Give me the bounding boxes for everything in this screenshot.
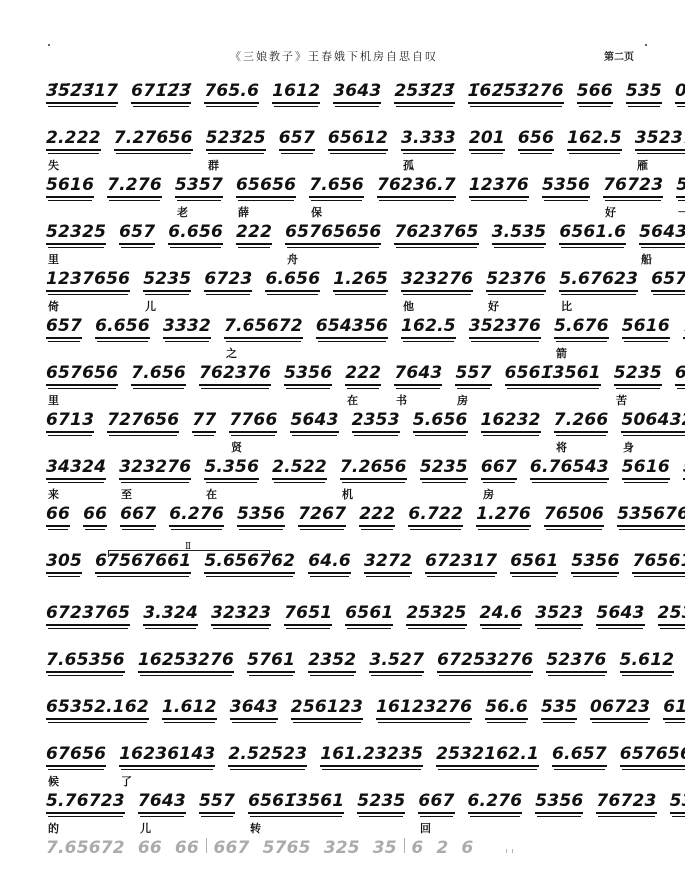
- jianpu-score: 3̇5̇2̇3̇17671̇2̇3̇765.616123643253̇2̇3̇1…: [46, 76, 646, 853]
- note-group: 5235: [420, 457, 468, 480]
- notes-line: 65352.1621.61236432561231612327656.65350…: [46, 692, 646, 720]
- note-group: 5616: [622, 457, 670, 480]
- note-group: 3.535: [492, 222, 547, 245]
- note-group: 6576567: [620, 744, 685, 767]
- note-group: 6561: [510, 551, 558, 574]
- note-group: 5.676: [554, 316, 609, 339]
- note-group: 557: [199, 791, 235, 814]
- note-group: 5.356: [204, 457, 259, 480]
- note-group: 16123276: [376, 697, 472, 720]
- note-group: 65765656: [285, 222, 381, 245]
- page-number: 第二页: [604, 48, 634, 63]
- score-row: 6713727656777766564323535.656162327.2665…: [46, 405, 646, 452]
- note-group: 7623765: [394, 222, 478, 245]
- score-row: 7.656726666667576532535626: [46, 833, 646, 853]
- score-row: 1237656523567236.6561.265323276523765.67…: [46, 264, 646, 311]
- note-group: 6.656: [95, 316, 150, 339]
- note-group: 667: [120, 504, 156, 527]
- note-group: 6.276: [169, 504, 224, 527]
- note-group: 352376: [469, 316, 541, 339]
- note-group: 1.276: [476, 504, 531, 527]
- notes-line: 67656162361432.52523161.232352532162.16.…: [46, 739, 646, 767]
- note-group: 5.656: [413, 410, 468, 433]
- note-group: 765616: [632, 551, 685, 574]
- notes-line: 5.7672376435576561̇356152356676.27653567…: [46, 786, 646, 814]
- note-group: 6713: [46, 410, 94, 433]
- note-group: 1̇62̇5̇3̇276: [468, 81, 564, 104]
- note-group: 7.65356: [46, 650, 125, 673]
- notes-line: 6576567.656762376535622276435576561̇3561…: [46, 358, 646, 386]
- note-group: 201: [469, 128, 505, 151]
- note-group: 222: [236, 222, 272, 245]
- note-group: 32323: [211, 603, 271, 626]
- note-group: 52376: [486, 269, 546, 292]
- notes-line: 1237656523567236.6561.265323276523765.67…: [46, 264, 646, 292]
- note-group: 253̇2̇3̇: [394, 81, 454, 104]
- note-group: 6: [411, 838, 423, 853]
- note-group: 12376: [469, 175, 529, 198]
- note-group: 16236143: [119, 744, 215, 767]
- note-group: 5616: [622, 316, 670, 339]
- note-group: 352376: [635, 128, 685, 151]
- note-group: 2.522: [272, 457, 327, 480]
- note-group: 7.656: [131, 363, 186, 386]
- note-group: 6723765: [46, 603, 130, 626]
- note-group: 3̇5̇2̇3̇17: [46, 81, 118, 104]
- note-group: 6: [461, 838, 473, 853]
- note-group: 611: [663, 697, 685, 720]
- scan-mark: [48, 44, 50, 46]
- note-group: 6.657: [552, 744, 607, 767]
- note-group: 6561.6: [559, 222, 626, 245]
- note-group: 535: [626, 81, 662, 104]
- note-group: 66: [83, 504, 107, 527]
- notes-line: 2.2227.27656523̇25657656123.333201656162…: [46, 123, 646, 151]
- note-group: 2.222: [46, 128, 101, 151]
- note-group: 06723: [590, 697, 650, 720]
- note-group: 24.6: [480, 603, 523, 626]
- note-group: 657: [46, 316, 82, 339]
- note-group: 5356: [284, 363, 332, 386]
- note-group: 222: [345, 363, 381, 386]
- score-row: 67656162361432.52523161.232352532162.16.…: [46, 739, 646, 786]
- note-group: 654356: [316, 316, 388, 339]
- note-group: 535: [541, 697, 577, 720]
- note-group: 557: [455, 363, 491, 386]
- note-group: 657656: [46, 363, 118, 386]
- score-row: 66666676.276535672672226.7221.2767650653…: [46, 499, 646, 546]
- notes-line: 7.6535616253276576123523.527672532765237…: [46, 645, 646, 673]
- note-group: 7.27656: [114, 128, 193, 151]
- note-group: 5356: [670, 791, 685, 814]
- score-row: 67237653.32432323765165612532524.6352356…: [46, 598, 646, 645]
- note-group: 5356: [535, 791, 583, 814]
- note-group: 65656: [236, 175, 296, 198]
- lyrics-line: [46, 580, 646, 596]
- score-row: 2.2227.27656523̇25657656123.333201656162…: [46, 123, 646, 170]
- note-group: 76236.7: [377, 175, 456, 198]
- note-group: 5643: [290, 410, 338, 433]
- note-group: 7.276: [107, 175, 162, 198]
- note-group: 667: [481, 457, 517, 480]
- note-group: 5235: [614, 363, 662, 386]
- note-group: 765.6: [204, 81, 259, 104]
- note-group: 2: [436, 838, 448, 853]
- note-group: 323276: [401, 269, 473, 292]
- bracket-label: Ⅱ: [185, 542, 191, 552]
- note-group: 5.612: [620, 650, 675, 673]
- note-group: 7643: [394, 363, 442, 386]
- note-group: 35: [373, 838, 397, 853]
- note-group: 5064323: [621, 410, 685, 433]
- score-title: 《三娘教子》王春娥下机房自思自叹: [230, 48, 438, 64]
- note-group: 656: [518, 128, 554, 151]
- note-group: 6.722: [408, 504, 463, 527]
- note-group: 2532162.1: [436, 744, 539, 767]
- score-row: 65352.1621.61236432561231612327656.65350…: [46, 692, 646, 739]
- note-group: 7766: [229, 410, 277, 433]
- note-group: 64.6: [308, 551, 351, 574]
- note-group: 5643: [596, 603, 644, 626]
- note-group: 3.333: [401, 128, 456, 151]
- note-group: 25325: [406, 603, 466, 626]
- note-group: 7651: [284, 603, 332, 626]
- note-group: 6.276: [468, 791, 523, 814]
- note-group: 6561̇3561: [248, 791, 344, 814]
- score-row: 3̇5̇2̇3̇17671̇2̇3̇765.616123643253̇2̇3̇1…: [46, 76, 646, 123]
- note-group: 7643: [138, 791, 186, 814]
- note-group: 7.266: [554, 410, 609, 433]
- note-group: 325: [324, 838, 360, 853]
- note-group: 161.23235: [320, 744, 423, 767]
- note-group: 1.612: [162, 697, 217, 720]
- score-row: 343243232765.3562.5227.265652356676.7654…: [46, 452, 646, 499]
- note-group: 667: [213, 838, 249, 853]
- note-group: 222: [359, 504, 395, 527]
- notes-line: 56167.2765357656567.65676236.71237653567…: [46, 170, 646, 198]
- note-group: 16253276: [138, 650, 234, 673]
- note-group: 5356: [237, 504, 285, 527]
- note-group: 76723: [596, 791, 656, 814]
- note-group: 657656: [651, 269, 685, 292]
- note-group: 657: [279, 128, 315, 151]
- notes-line: 3̇5̇2̇3̇17671̇2̇3̇765.616123643253̇2̇3̇1…: [46, 76, 646, 104]
- note-group: 3332: [163, 316, 211, 339]
- notes-line: 343243232765.3562.5227.265652356676.7654…: [46, 452, 646, 480]
- notes-line: 6713727656777766564323535.656162327.2665…: [46, 405, 646, 433]
- note-group: 77: [192, 410, 216, 433]
- note-group: 67253276: [437, 650, 533, 673]
- note-group: 5356: [542, 175, 590, 198]
- note-group: 1237656: [46, 269, 130, 292]
- note-group: 5.76723: [46, 791, 125, 814]
- score-row: 305675676615.65676264.632726723176561535…: [46, 546, 646, 598]
- note-group: 162.5: [567, 128, 622, 151]
- score-row: 5.7672376435576561̇356152356676.27653567…: [46, 786, 646, 833]
- note-group: 672317: [425, 551, 497, 574]
- score-row: 56167.2765357656567.65676236.71237653567…: [46, 170, 646, 217]
- note-group: 66: [138, 838, 162, 853]
- note-group: 5356: [571, 551, 619, 574]
- barline: [404, 838, 406, 853]
- note-group: 52376: [546, 650, 606, 673]
- final-barline: [506, 849, 513, 853]
- score-row: 6576567.656762376535622276435576561̇3561…: [46, 358, 646, 405]
- note-group: 256123: [291, 697, 363, 720]
- note-group: 7.2656: [340, 457, 407, 480]
- note-group: 3643: [230, 697, 278, 720]
- note-group: 3.324: [143, 603, 198, 626]
- note-group: 162.5: [401, 316, 456, 339]
- note-group: 7.65672: [46, 838, 125, 853]
- scan-mark: [645, 44, 647, 46]
- score-row: 7.6535616253276576123523.527672532765237…: [46, 645, 646, 692]
- note-group: 65352.162: [46, 697, 149, 720]
- note-group: 3.527: [369, 650, 424, 673]
- note-group: 16232: [481, 410, 541, 433]
- note-group: 5.67623: [559, 269, 638, 292]
- note-group: 76723: [603, 175, 663, 198]
- note-group: 06723: [675, 81, 685, 104]
- note-group: 6.656: [265, 269, 320, 292]
- notes-line: 6576.65633327.65672654356162.53523765.67…: [46, 311, 646, 339]
- notes-line: 66666676.276535672672226.7221.2767650653…: [46, 499, 646, 527]
- note-group: 7267: [298, 504, 346, 527]
- note-group: 2353: [352, 410, 400, 433]
- note-group: 5643: [639, 222, 685, 245]
- note-group: 5235: [357, 791, 405, 814]
- page-header: 《三娘教子》王春娥下机房自思自叹 第二页: [0, 48, 685, 64]
- note-group: 2352: [308, 650, 356, 673]
- note-group: 3643: [333, 81, 381, 104]
- note-group: 6561: [345, 603, 393, 626]
- note-group: 76506: [544, 504, 604, 527]
- note-group: 657: [119, 222, 155, 245]
- note-group: 5.6762: [676, 175, 685, 198]
- note-group: 305: [46, 551, 82, 574]
- note-group: 6.656: [168, 222, 223, 245]
- barline: [206, 838, 208, 853]
- note-group: 1612: [272, 81, 320, 104]
- note-group: 67656: [46, 744, 106, 767]
- score-row: 523256576.6562226576565676237653.5356561…: [46, 217, 646, 264]
- note-group: 56.6: [485, 697, 528, 720]
- note-group: 566: [577, 81, 613, 104]
- note-group: 667: [418, 791, 454, 814]
- notes-line: 523256576.6562226576565676237653.5356561…: [46, 217, 646, 245]
- note-group: 5235: [143, 269, 191, 292]
- note-group: 6723: [204, 269, 252, 292]
- note-group: 6.76543: [530, 457, 609, 480]
- note-group: 65612: [328, 128, 388, 151]
- note-group: 6561̇3561: [505, 363, 601, 386]
- note-group: 66: [46, 504, 70, 527]
- note-group: 762376: [199, 363, 271, 386]
- note-group: 1.265: [333, 269, 388, 292]
- note-group: 52325: [46, 222, 106, 245]
- note-group: 657: [675, 363, 685, 386]
- note-group: 7.65672: [224, 316, 303, 339]
- notes-line: 67237653.32432323765165612532524.6352356…: [46, 598, 646, 626]
- note-group: 53567623: [617, 504, 685, 527]
- lyric-char: 一: [678, 204, 685, 220]
- repeat-bracket: Ⅱ: [108, 550, 270, 557]
- notes-line: 7.656726666667576532535626: [46, 833, 646, 853]
- note-group: 3523: [535, 603, 583, 626]
- note-group: 523̇25: [206, 128, 266, 151]
- note-group: 5616: [46, 175, 94, 198]
- note-group: 34324: [46, 457, 106, 480]
- note-group: 3272: [364, 551, 412, 574]
- note-group: 66: [175, 838, 199, 853]
- note-group: 25325: [658, 603, 685, 626]
- note-group: 5765: [263, 838, 311, 853]
- note-group: 5761: [247, 650, 295, 673]
- note-group: 671̇2̇3̇: [131, 81, 191, 104]
- score-row: 6576.65633327.65672654356162.53523765.67…: [46, 311, 646, 358]
- note-group: 7.656: [309, 175, 364, 198]
- note-group: 727656: [107, 410, 179, 433]
- note-group: 5357: [175, 175, 223, 198]
- note-group: 323276: [119, 457, 191, 480]
- note-group: 2.52523: [228, 744, 307, 767]
